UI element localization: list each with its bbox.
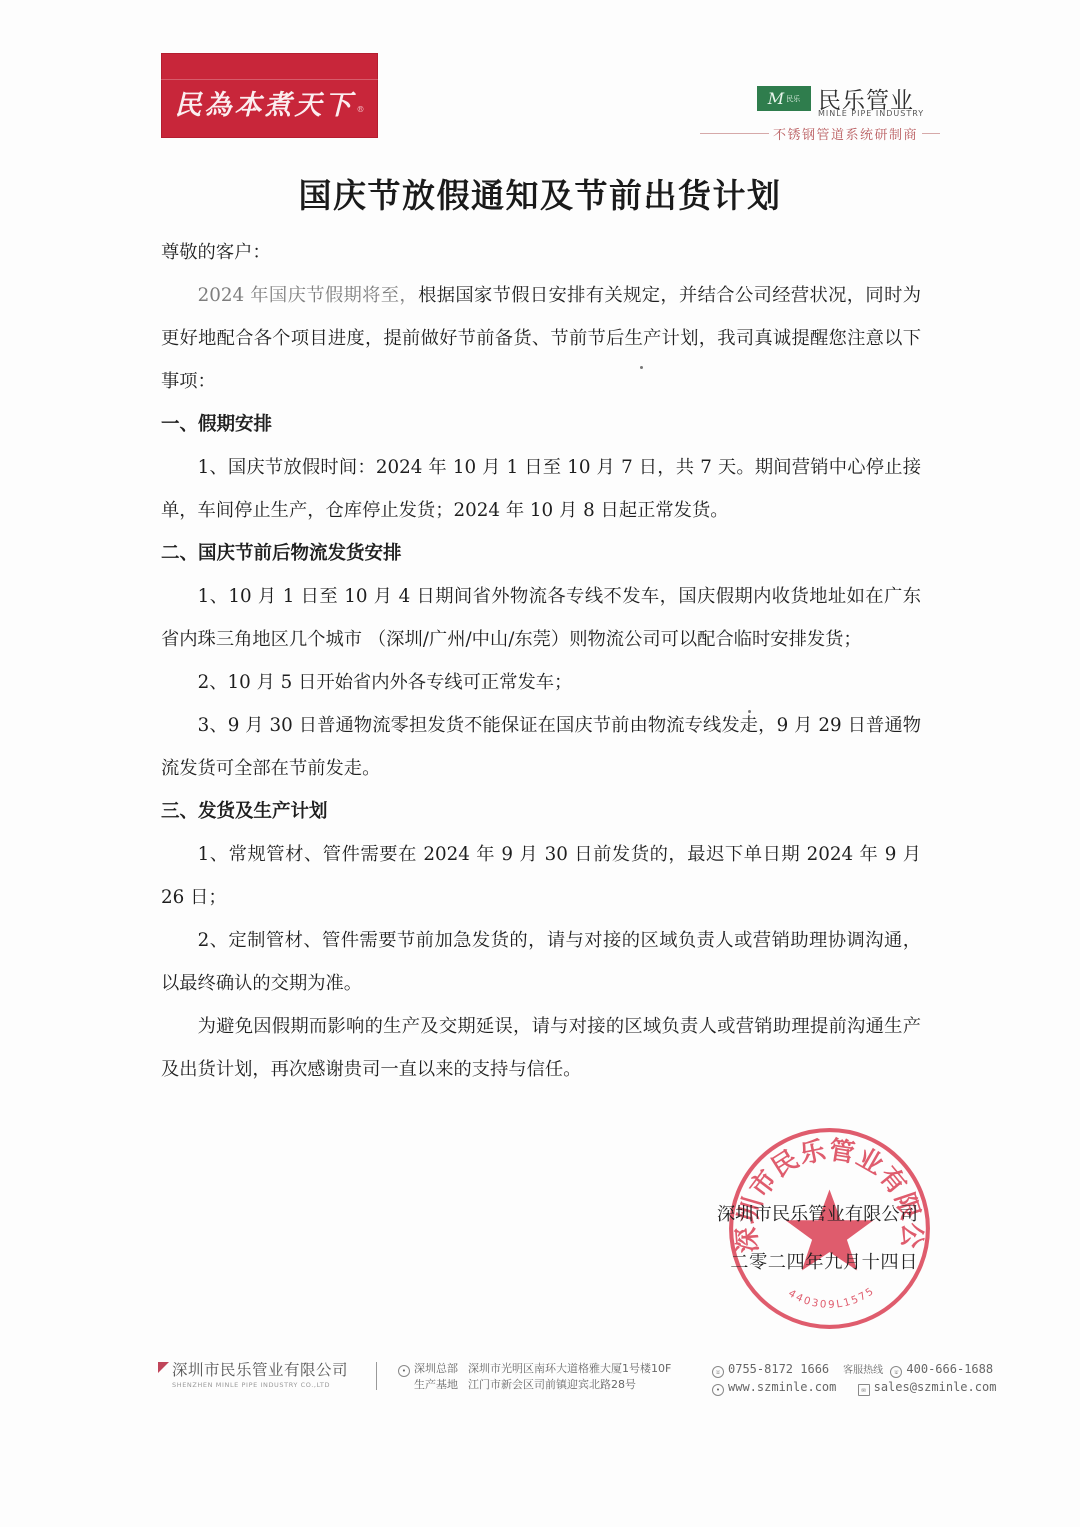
banner-slogan: 民為本煮天下 xyxy=(175,83,355,122)
hq-label: 深圳总部 xyxy=(414,1362,458,1375)
website-link[interactable]: www.szminle.com xyxy=(728,1380,836,1394)
svg-text:440309L1575: 440309L1575 xyxy=(786,1284,877,1310)
hotline-number[interactable]: 400-666-1688 xyxy=(906,1362,993,1376)
hotline-phone-icon: ☏ xyxy=(890,1366,902,1378)
footer-divider xyxy=(376,1362,377,1390)
production-item-1: 1、常规管材、管件需要在 2024 年 9 月 30 日前发货的，最迟下单日期 … xyxy=(161,833,921,919)
svg-text:深圳市民乐管业有限公司: 深圳市民乐管业有限公司 xyxy=(727,1126,927,1254)
logo-mark-small: 民乐 xyxy=(786,94,800,104)
web-row: •www.szminle.com ✉sales@szminle.com xyxy=(712,1379,996,1396)
tagline: 不锈钢管道系统研制商 xyxy=(769,124,922,143)
phone-row: ☏0755-8172 1666客服热线 ☏400-666-1688 xyxy=(712,1361,996,1379)
factory-address-row: 生产基地江门市新会区司前镇迎宾北路28号 xyxy=(398,1377,671,1393)
mail-icon: ✉ xyxy=(858,1384,870,1396)
footer-company-name: 深圳市民乐管业有限公司 xyxy=(172,1358,348,1380)
factory-label: 生产基地 xyxy=(414,1378,458,1391)
logistics-item-1: 1、10 月 1 日至 10 月 4 日期间省外物流各专线不发车，国庆假期内收货… xyxy=(161,575,921,661)
section-heading-production: 三、发货及生产计划 xyxy=(161,790,921,833)
scan-speck xyxy=(164,372,167,375)
intro-paragraph: 2024 年国庆节假期将至，根据国家节假日安排有关规定，并结合公司经营状况，同时… xyxy=(161,274,921,403)
footer-contacts: ☏0755-8172 1666客服热线 ☏400-666-1688 •www.s… xyxy=(712,1361,996,1396)
hq-address-row: •深圳总部深圳市光明区南环大道格雅大厦1号楼10F xyxy=(398,1361,671,1377)
signature-date: 二零二四年九月十四日 xyxy=(730,1248,918,1274)
footer-addresses: •深圳总部深圳市光明区南环大道格雅大厦1号楼10F 生产基地江门市新会区司前镇迎… xyxy=(398,1361,671,1393)
holiday-item-1: 1、国庆节放假时间：2024 年 10 月 1 日至 10 月 7 日，共 7 … xyxy=(161,446,921,532)
phone-icon: ☏ xyxy=(712,1366,724,1378)
location-pin-icon: • xyxy=(398,1365,410,1377)
production-item-2: 2、定制管材、管件需要节前加急发货的，请与对接的区域负责人或营销助理协调沟通，以… xyxy=(161,919,921,1005)
logistics-item-3: 3、9 月 30 日普通物流零担发货不能保证在国庆节前由物流专线发走，9 月 2… xyxy=(161,704,921,790)
intro-faded-text: 2024 年国庆节假期将至， xyxy=(198,285,418,306)
footer-company-name-en: SHENZHEN MINLE PIPE INDUSTRY CO.,LTD xyxy=(172,1381,330,1389)
footer-corner-mark-icon xyxy=(158,1362,169,1373)
hotline-label: 客服热线 xyxy=(843,1365,883,1376)
section-heading-holiday: 一、假期安排 xyxy=(161,403,921,446)
section-heading-logistics: 二、国庆节前后物流发货安排 xyxy=(161,532,921,575)
company-seal-icon: 深圳市民乐管业有限公司 440309L1575 xyxy=(727,1126,932,1331)
globe-icon: • xyxy=(712,1384,724,1396)
hq-address: 深圳市光明区南环大道格雅大厦1号楼10F xyxy=(468,1362,671,1375)
banner-divider xyxy=(161,79,378,80)
scan-speck xyxy=(640,366,643,369)
tagline-rule-left xyxy=(700,133,769,134)
phone-number[interactable]: 0755-8172 1666 xyxy=(728,1362,829,1376)
logo-name-en: MINLE PIPE INDUSTRY xyxy=(818,109,924,118)
closing-paragraph: 为避免因假期而影响的生产及交期延误，请与对接的区域负责人或营销助理提前沟通生产及… xyxy=(161,1005,921,1091)
tagline-row: 不锈钢管道系统研制商 xyxy=(700,124,940,143)
logistics-item-2: 2、10 月 5 日开始省内外各专线可正常发车； xyxy=(161,661,921,704)
logo-mark: M xyxy=(768,89,784,108)
email-link[interactable]: sales@szminle.com xyxy=(874,1380,997,1394)
registered-mark: ® xyxy=(357,105,365,114)
factory-address: 江门市新会区司前镇迎宾北路28号 xyxy=(468,1378,636,1391)
signature-company: 深圳市民乐管业有限公司 xyxy=(717,1200,918,1226)
scan-speck xyxy=(748,710,751,713)
tagline-rule-right xyxy=(922,133,940,134)
minle-logo-icon: M民乐 xyxy=(757,86,811,111)
document-title: 国庆节放假通知及节前出货计划 xyxy=(0,170,1080,217)
slogan-banner: 民為本煮天下 ® xyxy=(161,53,378,138)
salutation: 尊敬的客户： xyxy=(161,231,921,274)
document-body: 尊敬的客户： 2024 年国庆节假期将至，根据国家节假日安排有关规定，并结合公司… xyxy=(161,231,921,1091)
